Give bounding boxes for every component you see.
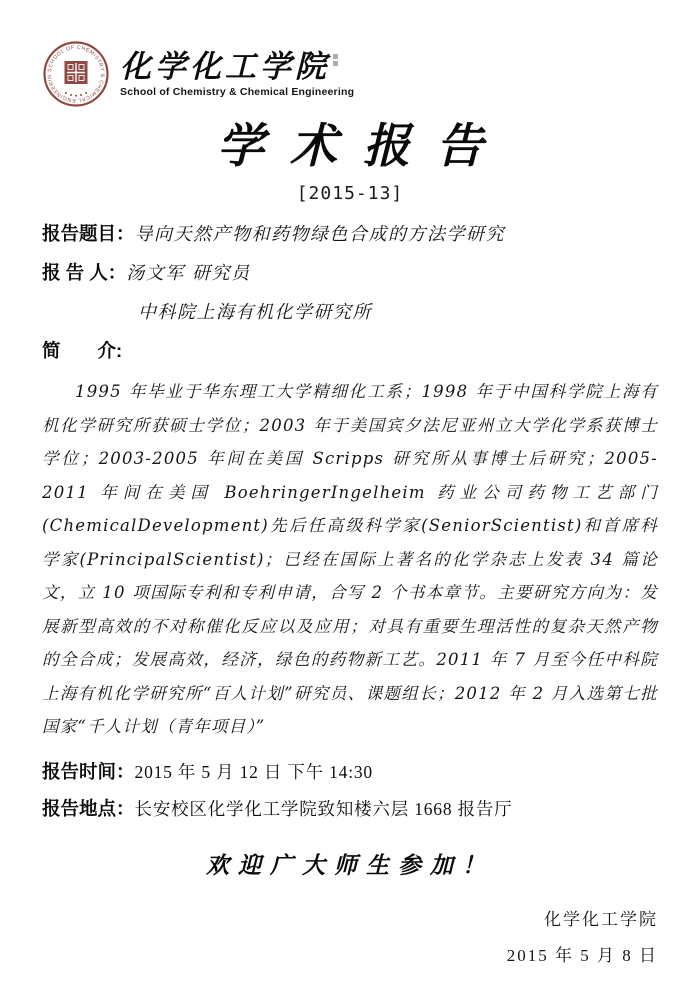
signature-org: 化学化工学院 (42, 902, 658, 938)
speaker-biography: 1995 年毕业于华东理工大学精细化工系；1998 年于中国科学院上海有机化学研… (42, 375, 658, 744)
venue-value: 长安校区化学化工学院致知楼六层 1668 报告厅 (135, 796, 513, 821)
topic-value: 导向天然产物和药物绿色合成的方法学研究 (135, 220, 506, 246)
schedule: 报告时间： 2015 年 5 月 12 日 下午 14:30 报告地点： 长安校… (42, 758, 658, 821)
page-title: 学术报告 (42, 120, 658, 174)
speaker-label: 报 告 人： (42, 259, 126, 285)
calligraphy-signature-mark (333, 54, 338, 66)
org-name-en: School of Chemistry & Chemical Engineeri… (120, 86, 354, 98)
speaker-value: 汤文军 研究员 (126, 259, 250, 285)
header: SCHOOL OF CHEMISTRY & CHEMICAL ENGINEERI… (42, 38, 658, 110)
topic-label: 报告题目： (42, 220, 135, 246)
welcome-line: 欢迎广大师生参加！ (42, 847, 658, 880)
topic-row: 报告题目： 导向天然产物和药物绿色合成的方法学研究 (42, 220, 658, 246)
issue-number: [2015-13] (42, 183, 658, 204)
affiliation-row: 中科院上海有机化学研究所 (42, 298, 658, 324)
time-label: 报告时间： (42, 758, 135, 784)
signature-date: 2015 年 5 月 8 日 (42, 938, 658, 974)
intro-heading-row: 简 介: (42, 337, 658, 363)
time-value: 2015 年 5 月 12 日 下午 14:30 (135, 759, 373, 784)
speaker-row: 报 告 人： 汤文军 研究员 (42, 259, 658, 285)
school-seal-icon: SCHOOL OF CHEMISTRY & CHEMICAL ENGINEERI… (42, 40, 110, 108)
speaker-affiliation: 中科院上海有机化学研究所 (138, 298, 372, 324)
org-name-cn: 化学化工学院 (120, 50, 330, 84)
intro-label: 简 介: (42, 337, 122, 363)
report-info: 报告题目： 导向天然产物和药物绿色合成的方法学研究 报 告 人： 汤文军 研究员… (42, 220, 658, 363)
venue-row: 报告地点： 长安校区化学化工学院致知楼六层 1668 报告厅 (42, 795, 658, 821)
announcement-page: SCHOOL OF CHEMISTRY & CHEMICAL ENGINEERI… (0, 0, 700, 989)
org-title-block: 化学化工学院 School of Chemistry & Chemical En… (120, 50, 354, 98)
venue-label: 报告地点： (42, 795, 135, 821)
signature-block: 化学化工学院 2015 年 5 月 8 日 (42, 902, 658, 974)
time-row: 报告时间： 2015 年 5 月 12 日 下午 14:30 (42, 758, 658, 784)
